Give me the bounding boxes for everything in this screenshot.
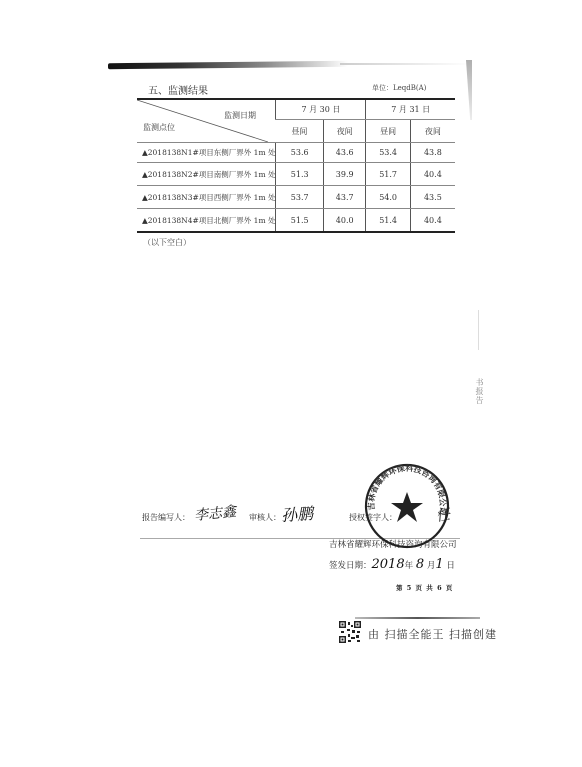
value-cell: 40.4 bbox=[410, 163, 455, 186]
scan-edge-line bbox=[478, 310, 479, 350]
unit-label: 单位：LeqdB(A) bbox=[372, 83, 426, 93]
value-cell: 43.8 bbox=[410, 143, 455, 163]
qr-code-icon bbox=[339, 621, 361, 643]
value-cell: 54.0 bbox=[366, 186, 410, 209]
section-title: 五、监测结果 bbox=[148, 82, 208, 97]
official-stamp-icon: 吉林省耀辉环保科技咨询有限公司 bbox=[363, 462, 451, 550]
value-cell: 51.4 bbox=[366, 209, 410, 233]
issue-year: 2018 bbox=[372, 557, 405, 572]
issue-date: 签发日期：2018年 8 月1 日 bbox=[329, 557, 455, 572]
results-table: 监测日期 监测点位 7 月 30 日 7 月 31 日 昼间 夜间 昼间 夜间 … bbox=[137, 98, 455, 233]
day-suffix: 日 bbox=[446, 561, 455, 571]
scan-edge-shadow-faint bbox=[340, 63, 470, 65]
footer-rule bbox=[355, 617, 480, 619]
value-cell: 40.0 bbox=[323, 209, 366, 233]
issue-month: 8 bbox=[416, 557, 424, 572]
year-suffix: 年 bbox=[405, 561, 414, 571]
header-period: 昼间 bbox=[366, 120, 410, 143]
header-date-label: 监测日期 bbox=[224, 110, 256, 121]
scan-edge-right bbox=[466, 60, 472, 120]
value-cell: 53.4 bbox=[366, 143, 410, 163]
value-cell: 51.3 bbox=[276, 163, 323, 186]
value-cell: 43.7 bbox=[323, 186, 366, 209]
location-cell: ▲2018138N3#项目西侧厂界外 1m 处 bbox=[137, 186, 276, 209]
header-location-label: 监测点位 bbox=[143, 122, 175, 133]
value-cell: 43.6 bbox=[323, 143, 366, 163]
writer-signature: 李志鑫 bbox=[193, 501, 237, 525]
issue-date-label: 签发日期： bbox=[329, 561, 372, 571]
reviewer-label: 审核人： bbox=[249, 512, 281, 523]
value-cell: 39.9 bbox=[323, 163, 366, 186]
value-cell: 40.4 bbox=[410, 209, 455, 233]
table-row: ▲2018138N1#项目东侧厂界外 1m 处 53.6 43.6 53.4 4… bbox=[137, 143, 455, 163]
value-cell: 53.6 bbox=[276, 143, 323, 163]
writer-label: 报告编写人： bbox=[142, 512, 190, 523]
value-cell: 51.7 bbox=[366, 163, 410, 186]
company-name: 吉林省耀辉环保科技咨询有限公司 bbox=[329, 538, 457, 550]
scanner-watermark: 由 扫描全能王 扫描创建 bbox=[368, 626, 497, 642]
scan-edge-text: 书报告 bbox=[474, 378, 485, 405]
blank-below-note: （以下空白） bbox=[143, 237, 191, 248]
value-cell: 53.7 bbox=[276, 186, 323, 209]
header-period: 夜间 bbox=[410, 120, 455, 143]
diagonal-line bbox=[137, 100, 268, 142]
issue-day: 1 bbox=[435, 557, 443, 572]
scan-edge-shadow bbox=[108, 61, 348, 70]
table-row: ▲2018138N2#项目南侧厂界外 1m 处 51.3 39.9 51.7 4… bbox=[137, 163, 455, 186]
header-diagonal-cell: 监测日期 监测点位 bbox=[137, 99, 276, 143]
header-date-1: 7 月 31 日 bbox=[366, 99, 455, 120]
page-number: 第 5 页 共 6 页 bbox=[396, 583, 453, 592]
location-cell: ▲2018138N1#项目东侧厂界外 1m 处 bbox=[137, 143, 276, 163]
value-cell: 43.5 bbox=[410, 186, 455, 209]
value-cell: 51.5 bbox=[276, 209, 323, 233]
reviewer-signature: 孙鹏 bbox=[280, 501, 314, 526]
header-date-0: 7 月 30 日 bbox=[276, 99, 366, 120]
header-period: 夜间 bbox=[323, 120, 366, 143]
header-period: 昼间 bbox=[276, 120, 323, 143]
table-row: ▲2018138N4#项目北侧厂界外 1m 处 51.5 40.0 51.4 4… bbox=[137, 209, 455, 233]
location-cell: ▲2018138N4#项目北侧厂界外 1m 处 bbox=[137, 209, 276, 233]
table-row: ▲2018138N3#项目西侧厂界外 1m 处 53.7 43.7 54.0 4… bbox=[137, 186, 455, 209]
location-cell: ▲2018138N2#项目南侧厂界外 1m 处 bbox=[137, 163, 276, 186]
